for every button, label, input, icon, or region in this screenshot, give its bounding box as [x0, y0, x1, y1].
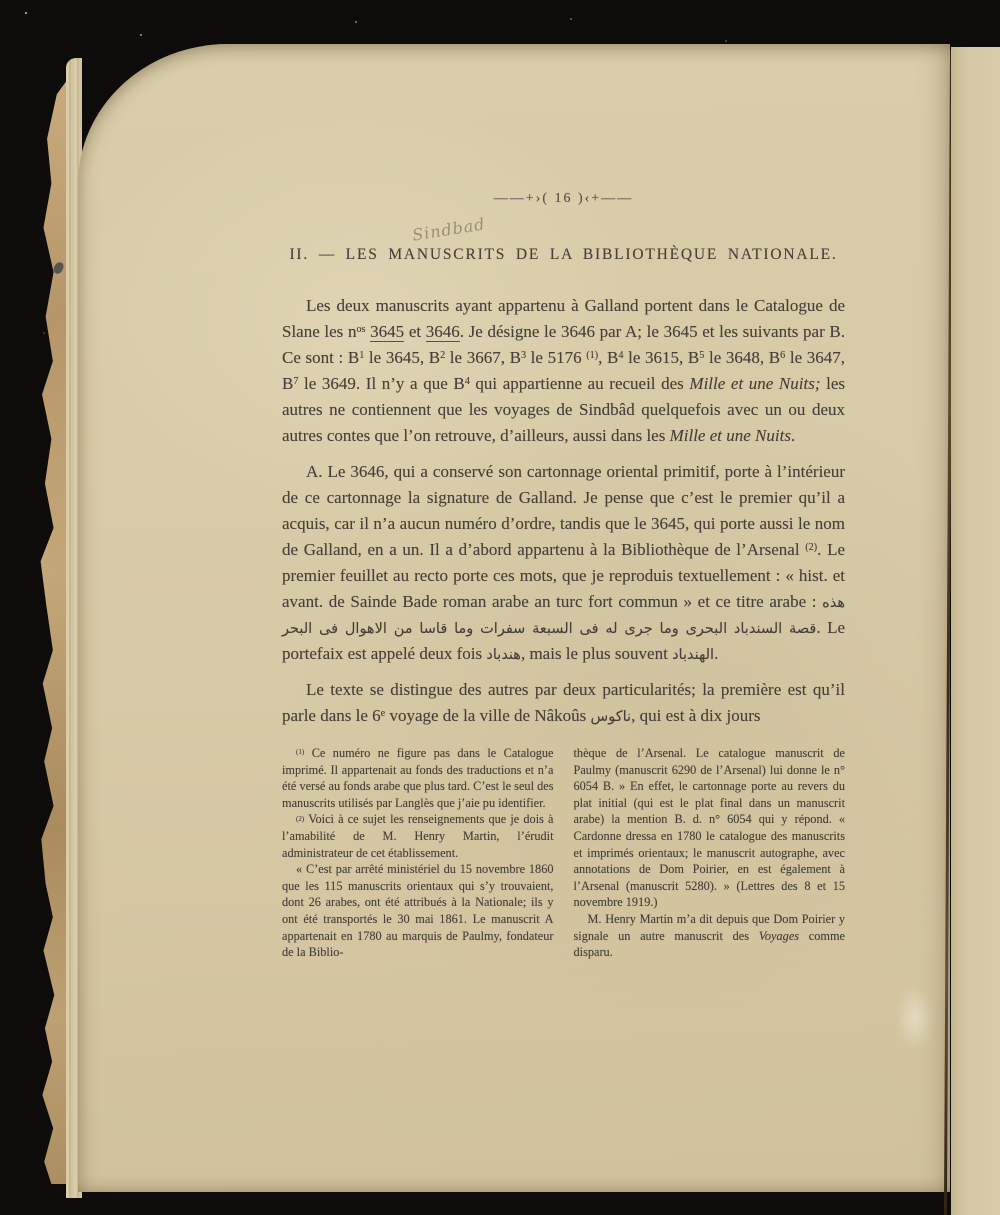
adjacent-page-edge [951, 47, 1000, 1215]
section-heading: Sindbad II. — LES MANUSCRITS DE LA BIBLI… [282, 242, 845, 268]
paper-repair-stain [895, 985, 935, 1051]
footnote-2-continuation: thèque de l’Arsenal. Le catalogue manusc… [574, 745, 846, 911]
section-heading-text: II. — LES MANUSCRITS DE LA BIBLIOTHÈQUE … [289, 246, 837, 263]
paragraph-1: Les deux manuscrits ayant appartenu à Ga… [282, 293, 845, 449]
footnote-2-addendum: M. Henry Martin m’a dit depuis que Dom P… [574, 911, 846, 961]
paragraph-2: A. Le 3646, qui a conservé son cartonnag… [282, 459, 845, 667]
footnotes-section: (1) Ce numéro ne figure pas dans le Cata… [282, 745, 845, 961]
footnote-column-right: thèque de l’Arsenal. Le catalogue manusc… [574, 745, 846, 961]
paragraph-3: Le texte se distingue des autres par deu… [282, 677, 845, 729]
scan-dust-speckles [25, 12, 27, 14]
footnote-1: (1) Ce numéro ne figure pas dans le Cata… [282, 745, 554, 811]
footnote-2-intro: (2) Voici à ce sujet les renseignements … [282, 811, 554, 861]
footnote-column-left: (1) Ce numéro ne figure pas dans le Cata… [282, 745, 554, 961]
pencil-annotation: Sindbad [410, 211, 487, 248]
footnote-2-quote: « C’est par arrêté ministériel du 15 nov… [282, 861, 554, 961]
folio-page-number: ——+›( 16 )‹+—— [282, 186, 845, 212]
printed-text-block: ——+›( 16 )‹+—— Sindbad II. — LES MANUSCR… [282, 186, 845, 961]
